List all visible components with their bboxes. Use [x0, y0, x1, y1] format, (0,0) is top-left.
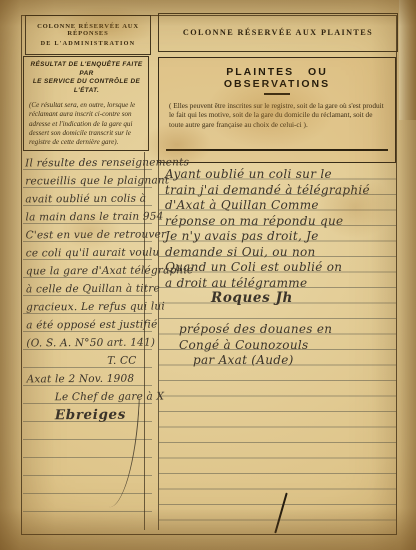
torn-page-edge [399, 0, 416, 120]
plaintes-observations-note: ( Elles peuvent être inscrites sur le re… [169, 101, 385, 130]
handwritten-blank-line [165, 307, 395, 323]
handwritten-line: Congé à Counozouls [165, 338, 395, 354]
scanned-register-page: COLONNE RÉSERVÉE AUX RÉPONSES DE L'ADMIN… [0, 0, 416, 550]
handwritten-line: a droit au télégramme [165, 276, 395, 292]
handwritten-line: Je n'y avais pas droit, Je [165, 229, 395, 245]
handwritten-line: (O. S. A. N°50 art. 141) [26, 334, 150, 353]
handwritten-line: a été opposé est justifié [26, 316, 150, 335]
handwritten-line: train j'ai demandé à télégraphié [165, 183, 395, 199]
handwritten-line: demande si Oui, ou non [165, 245, 395, 261]
handwritten-line: ce coli qu'il aurait voulu [26, 244, 150, 263]
plaintes-column-header: COLONNE RÉSERVÉE AUX PLAINTES [158, 13, 398, 52]
enquiry-result-title-line1: RÉSULTAT DE L'ENQUÊTE FAITE PAR [29, 61, 144, 78]
handwritten-line: avait oublié un colis à [25, 190, 149, 209]
enquiry-result-note: (Ce résultat sera, en outre, lorsque le … [29, 101, 144, 147]
handwritten-line: gracieux. Le refus qui lui [26, 298, 150, 317]
enquiry-result-box: RÉSULTAT DE L'ENQUÊTE FAITE PAR LE SERVI… [23, 56, 149, 151]
handwritten-line: C'est en vue de retrouver [26, 226, 150, 245]
plaintes-observations-box: PLAINTES OU OBSERVATIONS ( Elles peuvent… [158, 57, 396, 163]
handwritten-line: réponse on ma répondu que [165, 214, 395, 230]
enquiry-result-title-line2: LE SERVICE DU CONTRÔLE DE L'ÉTAT. [29, 78, 144, 95]
admin-response-handwriting: Il résulte des renseignements recueillis… [25, 154, 151, 425]
title-underline-dash [264, 93, 290, 95]
handwritten-line: recueillis que le plaignant [25, 172, 149, 191]
complaint-handwriting: Ayant oublié un coli sur le train j'ai d… [165, 167, 395, 369]
plaintes-header-label: COLONNE RÉSERVÉE AUX PLAINTES [183, 28, 373, 37]
admin-header-line2: DE L'ADMINISTRATION [26, 40, 150, 47]
handwritten-date-line: Axat le 2 Nov. 1908 [27, 370, 151, 389]
handwritten-line: Il résulte des renseignements [25, 154, 149, 173]
handwritten-line: à celle de Quillan à titre [26, 280, 150, 299]
complainant-signature: Roques Jh [165, 291, 395, 307]
handwritten-line: Quand un Coli est oublié on [165, 260, 395, 276]
handwritten-initials: T. CC [26, 352, 150, 371]
handwritten-line: d'Axat à Quillan Comme [165, 198, 395, 214]
handwritten-line: préposé des douanes en [165, 322, 395, 338]
admin-column-header: COLONNE RÉSERVÉE AUX RÉPONSES DE L'ADMIN… [25, 15, 151, 55]
admin-header-line1: COLONNE RÉSERVÉE AUX RÉPONSES [26, 23, 150, 37]
handwritten-line: que la gare d'Axat télégraphie [26, 262, 150, 281]
plaintes-box-thick-rule [166, 149, 388, 151]
handwritten-line: par Axat (Aude) [165, 353, 395, 369]
handwritten-line: la main dans le train 954 [25, 208, 149, 227]
plaintes-observations-title: PLAINTES OU OBSERVATIONS [169, 66, 385, 90]
handwritten-line: Ayant oublié un coli sur le [165, 167, 395, 183]
